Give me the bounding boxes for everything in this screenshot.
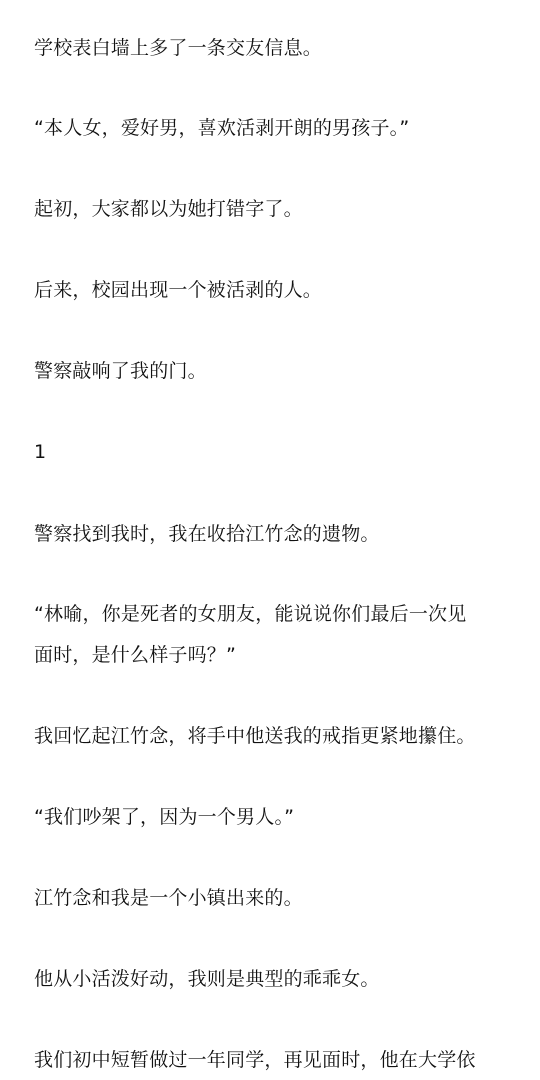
- paragraph: 学校表白墙上多了一条交友信息。: [34, 28, 514, 69]
- paragraph: 我回忆起江竹念，将手中他送我的戒指更紧地攥住。: [34, 716, 514, 757]
- paragraph: 后来，校园出现一个被活剥的人。: [34, 270, 514, 311]
- paragraph: “林喻，你是死者的女朋友，能说说你们最后一次见: [34, 594, 514, 635]
- paragraph: “我们吵架了，因为一个男人。”: [34, 797, 514, 838]
- paragraph: 江竹念和我是一个小镇出来的。: [34, 878, 514, 919]
- paragraph: “本人女，爱好男，喜欢活剥开朗的男孩子。”: [34, 108, 514, 149]
- paragraph: 他从小活泼好动，我则是典型的乖乖女。: [34, 959, 514, 1000]
- paragraph: 我们初中短暂做过一年同学，再见面时，他在大学依: [34, 1040, 514, 1080]
- paragraph: 起初，大家都以为她打错字了。: [34, 189, 514, 230]
- paragraph: 警察找到我时，我在收拾江竹念的遗物。: [34, 514, 514, 555]
- chapter-number: 1: [34, 432, 514, 473]
- paragraph-continuation: 面时，是什么样子吗？”: [34, 635, 514, 676]
- paragraph: 警察敲响了我的门。: [34, 351, 514, 392]
